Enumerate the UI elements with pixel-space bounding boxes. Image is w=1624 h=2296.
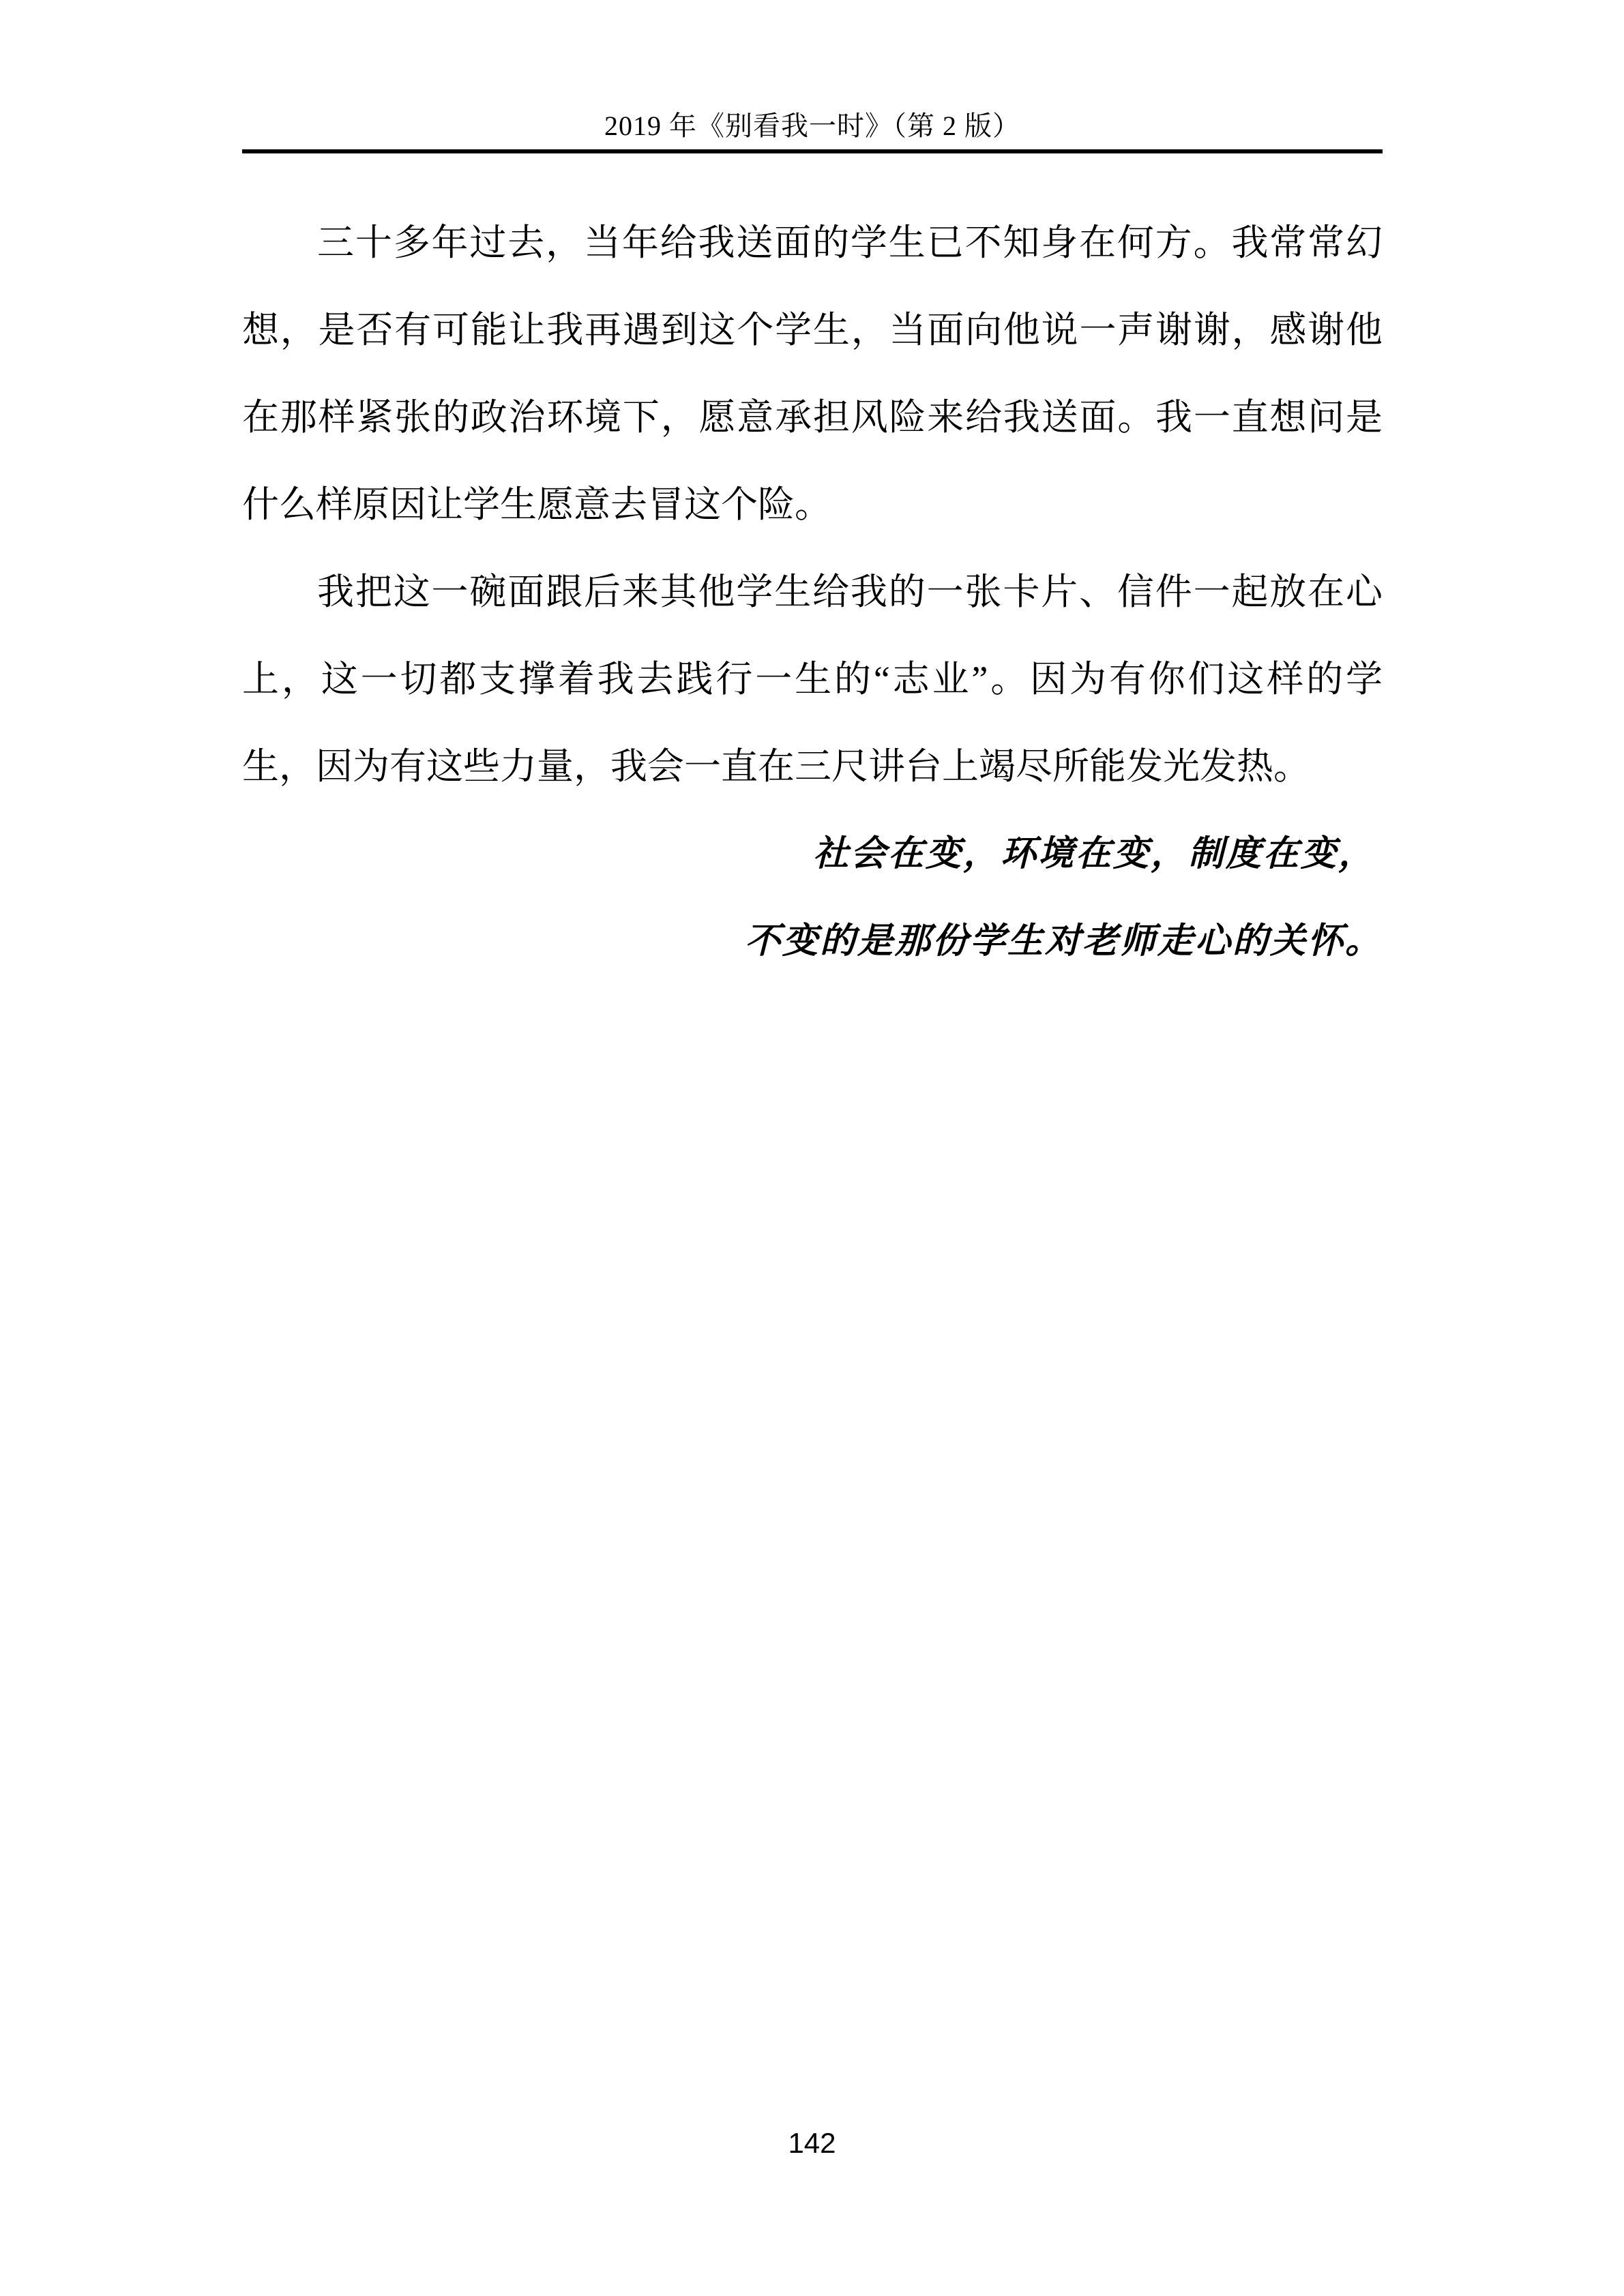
page-number: 142 <box>0 2128 1624 2159</box>
closing-quote-line1: 社会在变，环境在变，制度在变， <box>242 810 1383 897</box>
paragraph2-line3: 生，因为有这些力量，我会一直在三尺讲台上竭尽所能发光发热。 <box>242 723 1383 810</box>
closing-quote-line2: 不变的是那份学生对老师走心的关怀。 <box>242 897 1383 985</box>
document-page: 2019 年《别看我一时》（第 2 版） 三十多年过去，当年给我送面的学生已不知… <box>0 0 1624 2296</box>
paragraph1-line4: 什么样原因让学生愿意去冒这个险。 <box>242 461 1383 548</box>
paragraph1-line1: 三十多年过去，当年给我送面的学生已不知身在何方。我常常幻 <box>242 199 1383 286</box>
paragraph2-line1: 我把这一碗面跟后来其他学生给我的一张卡片、信件一起放在心 <box>242 548 1383 636</box>
header-rule <box>242 149 1383 153</box>
paragraph1-line3: 在那样紧张的政治环境下，愿意承担风险来给我送面。我一直想问是 <box>242 374 1383 461</box>
running-header-title: 2019 年《别看我一时》（第 2 版） <box>242 109 1383 143</box>
paragraph1-line2: 想，是否有可能让我再遇到这个学生，当面向他说一声谢谢，感谢他 <box>242 286 1383 374</box>
page-body: 三十多年过去，当年给我送面的学生已不知身在何方。我常常幻 想，是否有可能让我再遇… <box>242 199 1383 985</box>
paragraph2-line2: 上，这一切都支撑着我去践行一生的“志业”。因为有你们这样的学 <box>242 636 1383 723</box>
